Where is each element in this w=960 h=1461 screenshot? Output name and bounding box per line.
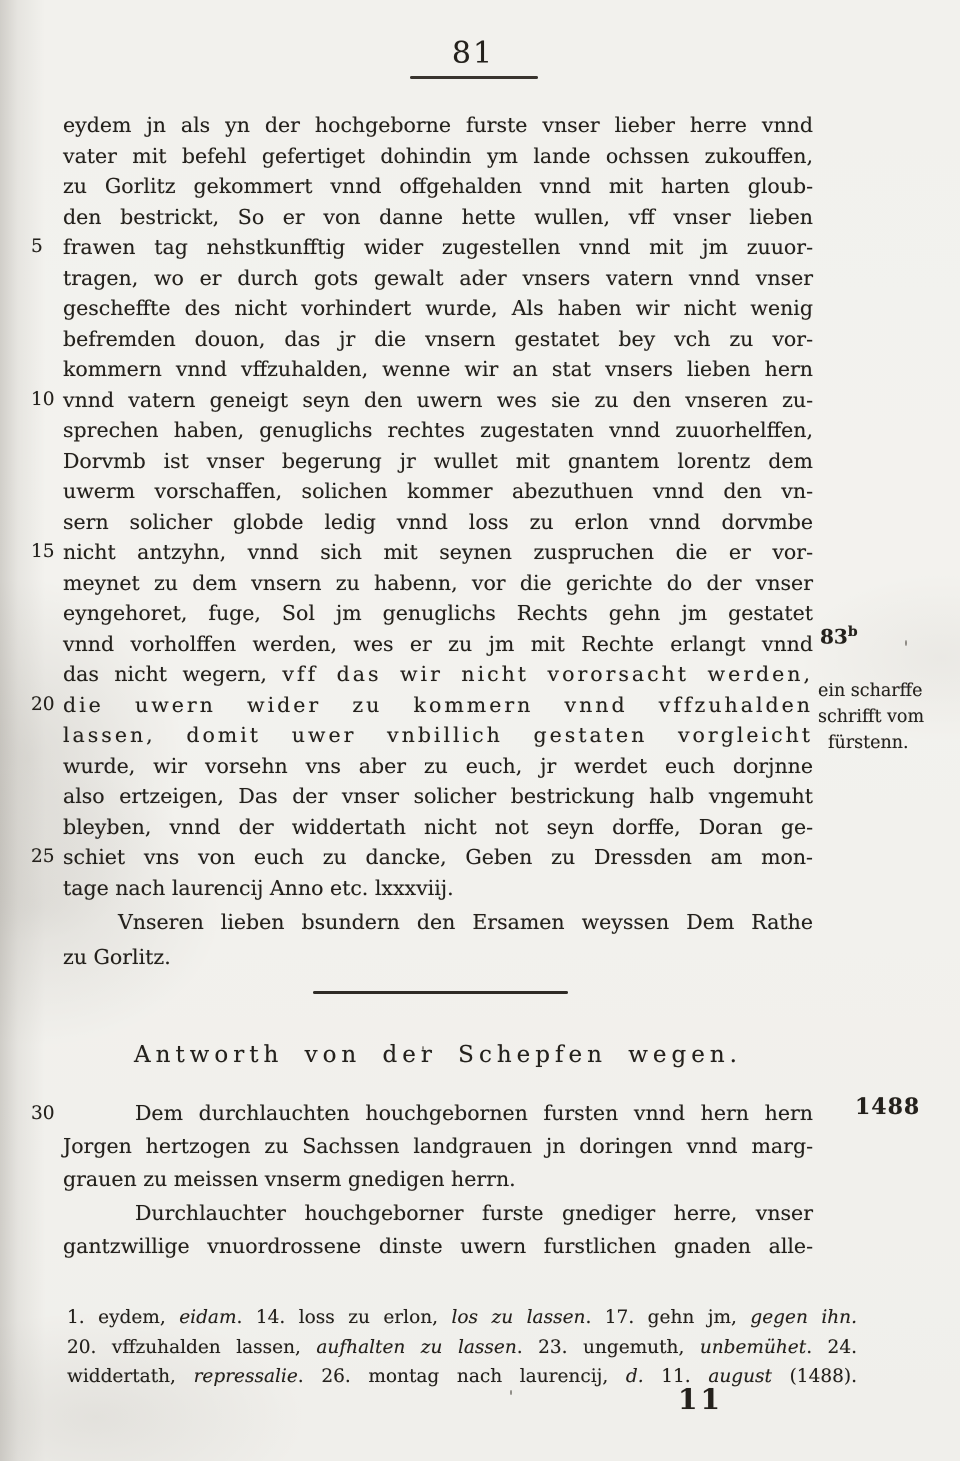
line-text: meynet zu dem vnsern zu habenn, vor die … (63, 571, 813, 595)
footnote-seg: 1. eydem, (67, 1307, 179, 1328)
footnote-line: widdertath, repressalie. 26. montag nach… (67, 1362, 857, 1392)
line-text: vnnd vatern geneigt seyn den uwern wes s… (63, 388, 813, 412)
folio-number: 83 (820, 625, 848, 649)
text-line: kommern vnnd vffzuhalden, wenne wir an s… (63, 354, 813, 385)
footnote-seg-italic: repressalie (194, 1366, 298, 1387)
footnote-seg: . 24. (806, 1337, 857, 1358)
ink-speck (905, 640, 907, 646)
line-number: 20 (31, 690, 57, 721)
footnote-seg: . 23. ungemuth, (517, 1337, 700, 1358)
scanned-book-page: 81 eydem jn als yn der hochgeborne furst… (0, 0, 960, 1461)
line-number: 25 (31, 842, 57, 873)
folio-reference: 83b (820, 624, 858, 649)
line-text: nicht antzyhn, vnnd sich mit seynen zusp… (63, 540, 813, 564)
text-line: 15nicht antzyhn, vnnd sich mit seynen zu… (63, 537, 813, 568)
text-line: Jorgen hertzogen zu Sachssen landgrauen … (63, 1130, 813, 1163)
text-line: bleyben, vnnd der widdertath nicht not s… (63, 812, 813, 843)
line-number: 10 (31, 385, 57, 416)
page-number-rule (410, 76, 538, 79)
text-line: befremden douon, das jr die vnsern gesta… (63, 324, 813, 355)
line-text: kommern vnnd vffzuhalden, wenne wir an s… (63, 357, 813, 381)
text-line: lassen, domit uwer vnbillich gestaten vo… (63, 720, 813, 751)
line-text: also ertzeigen, Das der vnser solicher b… (63, 784, 813, 808)
line-text: schiet vns von euch zu dancke, Geben zu … (63, 845, 813, 869)
line-text: vnnd vorholffen werden, wes er zu jm mit… (63, 632, 813, 656)
text-line: zu Gorlitz gekommert vnnd offgehalden vn… (63, 171, 813, 202)
footnote-seg: widdertath, (67, 1366, 194, 1387)
text-line: Dorvmb ist vnser begerung jr wullet mit … (63, 446, 813, 477)
text-line: tragen, wo er durch gots gewalt ader vns… (63, 263, 813, 294)
footnote-seg: . 17. gehn jm, (585, 1307, 750, 1328)
footnote-seg: . 26. montag nach laurencij, (298, 1366, 626, 1387)
line-text: zu Gorlitz gekommert vnnd offgehalden vn… (63, 174, 813, 198)
text-line: eydem jn als yn der hochgeborne furste v… (63, 110, 813, 141)
text-line: gescheffte des nicht vorhindert wurde, A… (63, 293, 813, 324)
line-text: Vnseren lieben bsundern den Ersamen weys… (118, 910, 813, 934)
answer-address-block: 30Dem durchlauchten houchgebornen furste… (63, 1097, 813, 1196)
text-line: 10vnnd vatern geneigt seyn den uwern wes… (63, 385, 813, 416)
section-divider-rule (313, 991, 568, 994)
letter-body: eydem jn als yn der hochgeborne furste v… (63, 110, 813, 903)
footnote-line: 20. vffzuhalden lassen, aufhalten zu las… (67, 1333, 857, 1363)
footnote-seg: . 14. loss zu erlon, (236, 1307, 451, 1328)
footnote-seg: (1488). (772, 1366, 857, 1387)
line-text: wurde, wir vorsehn vns aber zu euch, jr … (63, 754, 813, 778)
ink-speck (487, 120, 490, 123)
line-text: tage nach laurencij Anno etc. lxxxviij. (63, 876, 454, 900)
line-number: 15 (31, 537, 57, 568)
text-line: 20die uwern wider zu kommern vnnd vffzuh… (63, 690, 813, 721)
line-text: den bestrickt, So er von danne hette wul… (63, 205, 813, 229)
footnote-seg-italic: unbemühet (700, 1337, 806, 1358)
text-line: vater mit befehl gefertiget dohindin ym … (63, 141, 813, 172)
line-text: zu Gorlitz. (63, 945, 171, 969)
line-number: 5 (31, 232, 57, 263)
line-text: Jorgen hertzogen zu Sachssen landgrauen … (63, 1134, 813, 1158)
text-line: 25schiet vns von euch zu dancke, Geben z… (63, 842, 813, 873)
text-line: sern solicher globde ledig vnnd loss zu … (63, 507, 813, 538)
line-text: Dorvmb ist vnser begerung jr wullet mit … (63, 449, 813, 473)
address-line: Vnseren lieben bsundern den Ersamen weys… (63, 905, 813, 940)
letter-address: Vnseren lieben bsundern den Ersamen weys… (63, 905, 813, 975)
footnote-seg-italic: aufhalten zu lassen (316, 1337, 516, 1358)
marginal-note-line: fürstenn. (818, 730, 938, 756)
text-line: das nicht wegern, vff das wir nicht voro… (63, 659, 813, 690)
line-text-spaced: die uwern wider zu kommern vnnd vffzuhal… (63, 693, 813, 717)
line-text: gantzwillige vnuordrossene dinste uwern … (63, 1234, 813, 1258)
text-line: wurde, wir vorsehn vns aber zu euch, jr … (63, 751, 813, 782)
text-line: gantzwillige vnuordrossene dinste uwern … (63, 1230, 813, 1263)
line-text: tragen, wo er durch gots gewalt ader vns… (63, 266, 813, 290)
marginal-note-line: ein scharffe (818, 678, 938, 704)
footnotes-block: 1. eydem, eidam. 14. loss zu erlon, los … (67, 1303, 857, 1392)
line-text: grauen zu meissen vnserm gnedigen herrn. (63, 1167, 516, 1191)
line-text: befremden douon, das jr die vnsern gesta… (63, 327, 813, 351)
line-text: sern solicher globde ledig vnnd loss zu … (63, 510, 813, 534)
text-line: 30Dem durchlauchten houchgebornen furste… (63, 1097, 813, 1130)
line-text: Dem durchlauchten houchgebornen fursten … (135, 1101, 813, 1125)
line-text: sprechen haben, genuglichs rechtes zuges… (63, 418, 813, 442)
text-line: sprechen haben, genuglichs rechtes zuges… (63, 415, 813, 446)
text-line: uwerm vorschaffen, solichen kommer abezu… (63, 476, 813, 507)
text-line: eyngehoret, fuge, Sol jm genuglichs Rech… (63, 598, 813, 629)
folio-suffix: b (848, 624, 858, 640)
line-text: gescheffte des nicht vorhindert wurde, A… (63, 296, 813, 320)
marginal-note: ein scharffe schrifft vom fürstenn. (818, 678, 938, 756)
line-text: das nicht wegern, (63, 662, 282, 686)
footnote-seg-italic: gegen ihn. (750, 1307, 857, 1328)
line-text-spaced: lassen, domit uwer vnbillich gestaten vo… (63, 723, 813, 747)
text-line: grauen zu meissen vnserm gnedigen herrn. (63, 1163, 813, 1196)
answer-salutation-block: Durchlauchter houchgeborner furste gnedi… (63, 1197, 813, 1263)
line-text: eyngehoret, fuge, Sol jm genuglichs Rech… (63, 601, 813, 625)
text-line: Durchlauchter houchgeborner furste gnedi… (63, 1197, 813, 1230)
ink-speck (422, 1046, 424, 1050)
footnote-line: 1. eydem, eidam. 14. loss zu erlon, los … (67, 1303, 857, 1333)
line-number: 30 (31, 1097, 57, 1130)
text-line: vnnd vorholffen werden, wes er zu jm mit… (63, 629, 813, 660)
footnote-seg: 20. vffzuhalden lassen, (67, 1337, 316, 1358)
text-line: also ertzeigen, Das der vnser solicher b… (63, 781, 813, 812)
text-line: den bestrickt, So er von danne hette wul… (63, 202, 813, 233)
footnote-seg-italic: los zu lassen (451, 1307, 585, 1328)
line-text: uwerm vorschaffen, solichen kommer abezu… (63, 479, 813, 503)
line-text: eydem jn als yn der hochgeborne furste v… (63, 113, 813, 137)
text-line: 5frawen tag nehstkunfftig wider zugestel… (63, 232, 813, 263)
footnote-seg-italic: d. (626, 1366, 644, 1387)
sheet-signature-number: 11 (678, 1383, 723, 1416)
line-text-spaced: vff das wir nicht vororsacht werden, (282, 662, 813, 686)
text-line: meynet zu dem vnsern zu habenn, vor die … (63, 568, 813, 599)
year-marginal: 1488 (855, 1094, 920, 1120)
line-text: frawen tag nehstkunfftig wider zugestell… (63, 235, 813, 259)
line-text: Durchlauchter houchgeborner furste gnedi… (135, 1201, 813, 1225)
line-text: bleyben, vnnd der widdertath nicht not s… (63, 815, 813, 839)
ink-speck (510, 1390, 512, 1395)
marginal-note-line: schrifft vom (818, 704, 938, 730)
page-number: 81 (0, 36, 946, 71)
line-text: vater mit befehl gefertiget dohindin ym … (63, 144, 813, 168)
text-line: tage nach laurencij Anno etc. lxxxviij. (63, 873, 813, 904)
footnote-seg-italic: eidam (179, 1307, 236, 1328)
section-heading: Antworth von der Schepfen wegen. (63, 1042, 813, 1068)
address-line: zu Gorlitz. (63, 940, 813, 975)
